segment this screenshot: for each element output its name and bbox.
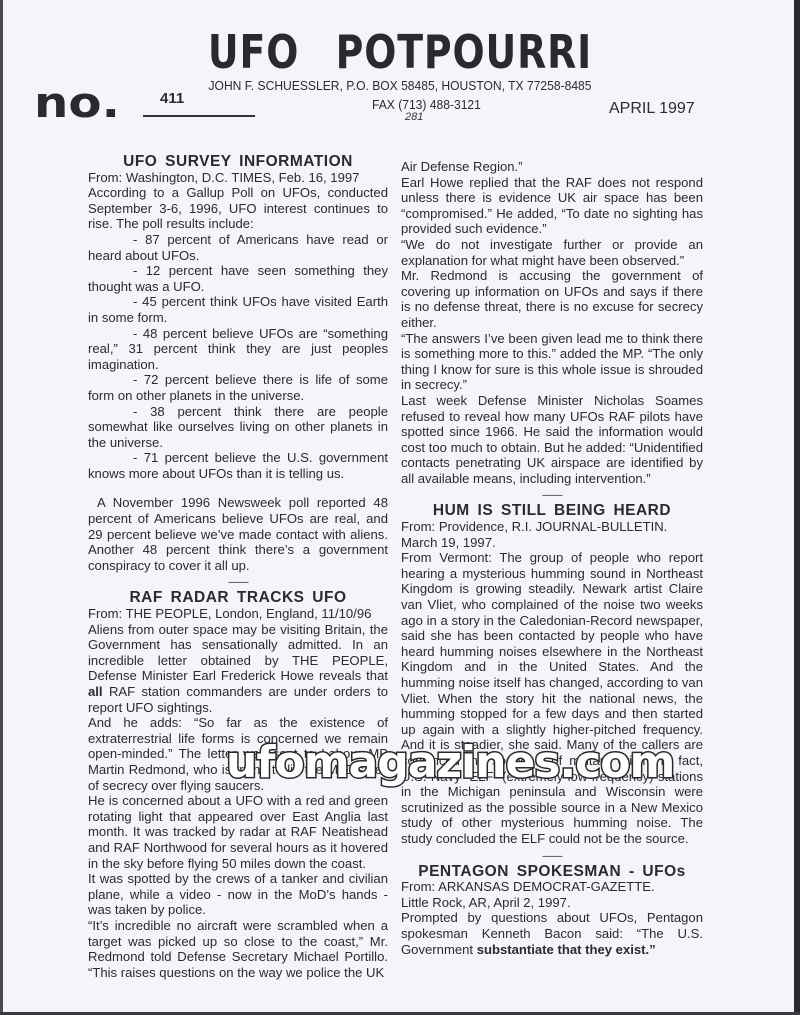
section-divider: ---------- <box>401 852 703 861</box>
raf-paragraph: Mr. Redmond is accusing the government o… <box>401 268 703 330</box>
raf-paragraph-continued: Air Defense Region.” <box>401 159 703 175</box>
publisher-address: JOHN F. SCHUESSLER, P.O. BOX 58485, HOUS… <box>28 78 772 93</box>
issue-prefix-logo: no. <box>34 82 120 124</box>
newsletter-title: UFO POTPOURRI <box>56 26 744 80</box>
source-pentagon-date: Little Rock, AR, April 2, 1997. <box>401 895 703 911</box>
raf-paragraph: Last week Defense Minister Nicholas Soam… <box>401 393 703 487</box>
hum-body: From Vermont: The group of people who re… <box>401 550 703 846</box>
headline-hum: HUM IS STILL BEING HEARD <box>401 503 703 519</box>
survey-result: - 71 percent believe the U.S. government… <box>88 450 388 481</box>
pentagon-body: Prompted by questions about UFOs, Pentag… <box>401 910 703 957</box>
issue-number: 411 <box>160 90 184 107</box>
survey-result: - 87 percent of Americans have read or h… <box>88 232 388 263</box>
raf-paragraph: He is concerned about a UFO with a red a… <box>88 793 388 871</box>
section-divider: ---------- <box>401 491 703 500</box>
headline-raf: RAF RADAR TRACKS UFO <box>88 590 388 606</box>
source-pentagon: From: ARKANSAS DEMOCRAT-GAZETTE. <box>401 879 703 895</box>
source-hum: From: Providence, R.I. JOURNAL-BULLETIN. <box>401 519 703 535</box>
raf-paragraph: “The answers I’ve been given lead me to … <box>401 331 703 393</box>
raf-paragraph: Aliens from outer space may be visiting … <box>88 622 388 716</box>
newsweek-poll: A November 1996 Newsweek poll reported 4… <box>88 495 388 573</box>
raf-paragraph: Earl Howe replied that the RAF does not … <box>401 175 703 237</box>
survey-result: - 45 percent think UFOs have visited Ear… <box>88 294 388 325</box>
survey-result: - 48 percent believe UFOs are “something… <box>88 326 388 373</box>
raf-paragraph: “It’s incredible no aircraft were scramb… <box>88 918 388 980</box>
website-watermark: ufomagazines.com <box>226 737 674 788</box>
raf-paragraph: It was spotted by the crews of a tanker … <box>88 871 388 918</box>
fax-area-code-correction: 281 <box>405 111 423 123</box>
scan-edge-left <box>0 0 3 1015</box>
right-column: Air Defense Region.” Earl Howe replied t… <box>401 159 703 957</box>
source-hum-date: March 19, 1997. <box>401 535 703 551</box>
raf-paragraph: “We do not investigate further or provid… <box>401 237 703 268</box>
survey-intro: According to a Gallup Poll on UFOs, cond… <box>88 185 388 232</box>
fax-number: FAX (713) 488-3121 <box>372 97 481 112</box>
section-divider: ---------- <box>88 578 388 587</box>
headline-survey: UFO SURVEY INFORMATION <box>88 154 388 170</box>
survey-result: - 38 percent think there are people some… <box>88 404 388 451</box>
issue-date: APRIL 1997 <box>609 100 695 118</box>
headline-pentagon: PENTAGON SPOKESMAN - UFOs <box>401 864 703 880</box>
left-column: UFO SURVEY INFORMATION From: Washington,… <box>88 154 388 980</box>
survey-result: - 72 percent believe there is life of so… <box>88 372 388 403</box>
source-raf: From: THE PEOPLE, London, England, 11/10… <box>88 606 388 622</box>
scan-edge-right <box>794 0 800 1015</box>
survey-result: - 12 percent have seen something they th… <box>88 263 388 294</box>
source-survey: From: Washington, D.C. TIMES, Feb. 16, 1… <box>88 170 388 186</box>
issue-underline <box>143 115 255 117</box>
